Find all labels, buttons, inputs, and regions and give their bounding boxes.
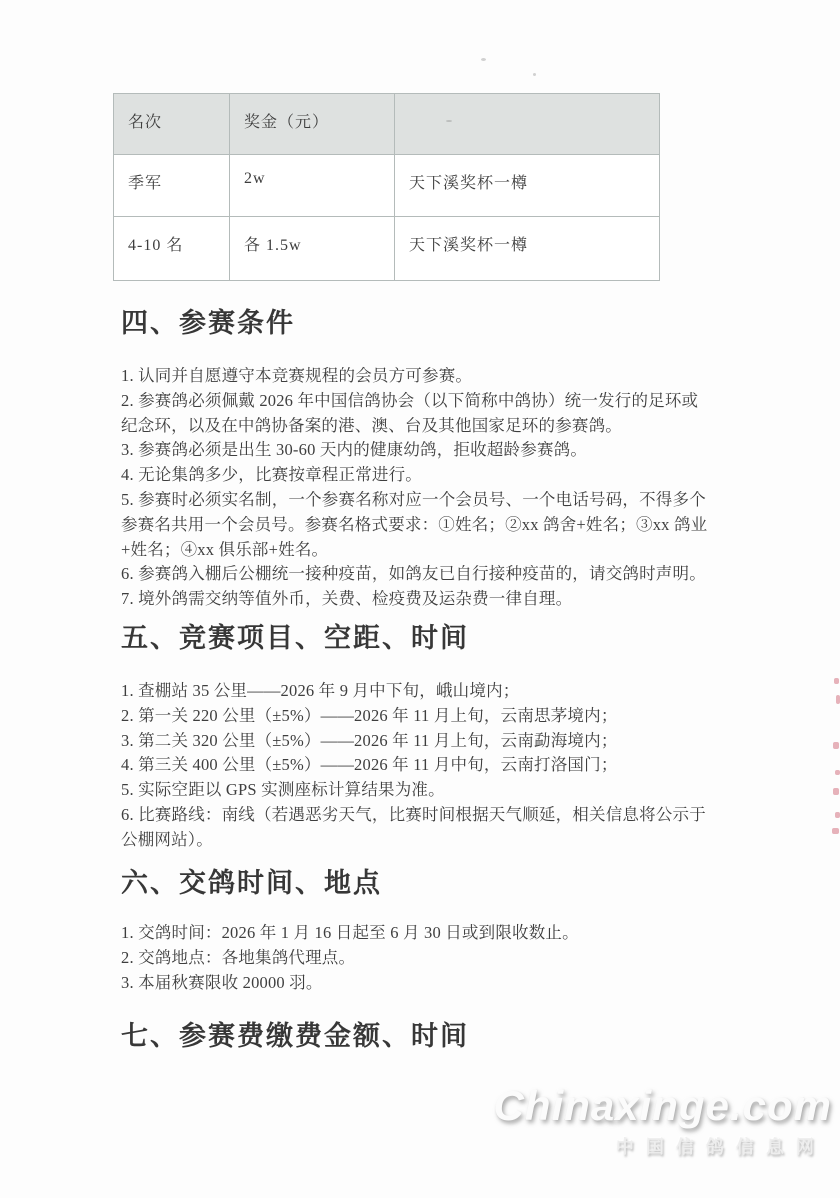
section-heading-race-stages: 五、竞赛项目、空距、时间 [121,616,469,655]
body-line: 公棚网站）。 [121,828,781,853]
watermark-subtitle-text: 中国信鸽信息网 [494,1133,832,1159]
body-line: 5. 参赛时必须实名制，一个参赛名称对应一个会员号、一个电话号码，不得多个 [121,488,781,513]
body-line: 6. 比赛路线：南线（若遇恶劣天气，比赛时间根据天气顺延，相关信息将公示于 [121,803,781,828]
red-stamp-edge-mark [836,695,840,704]
prize-table-header-row: 名次 奖金（元） [114,94,659,154]
section-heading-delivery-time-place: 六、交鸽时间、地点 [121,861,382,900]
body-line: 3. 参赛鸽必须是出生 30-60 天内的健康幼鸽，拒收超龄参赛鸽。 [121,438,781,463]
red-stamp-edge-mark [833,742,839,749]
watermark: Chinaxinge.com 中国信鸽信息网 [494,1082,832,1159]
body-line: 3. 第二关 320 公里（±5%）——2026 年 11 月上旬，云南勐海境内… [121,729,781,754]
body-line: 2. 第一关 220 公里（±5%）——2026 年 11 月上旬，云南思茅境内… [121,704,781,729]
body-line: 参赛名共用一个会员号。参赛名格式要求：①姓名；②xx 鸽舍+姓名；③xx 鸽业 [121,513,781,538]
section-heading-entry-conditions: 四、参赛条件 [121,301,295,340]
rank-cell: 4-10 名 [114,217,230,280]
body-line: 7. 境外鸽需交纳等值外币，关费、检疫费及运杂费一律自理。 [121,587,781,612]
watermark-brand-text: Chinaxinge.com [494,1082,832,1130]
body-line: 3. 本届秋赛限收 20000 羽。 [121,971,781,996]
body-line: 6. 参赛鸽入棚后公棚统一接种疫苗，如鸽友已自行接种疫苗的，请交鸽时声明。 [121,562,781,587]
body-line: 1. 交鸽时间：2026 年 1 月 16 日起至 6 月 30 日或到限收数止… [121,921,781,946]
award-cell: 天下溪奖杯一樽 [395,217,659,280]
section-body-delivery-time-place: 1. 交鸽时间：2026 年 1 月 16 日起至 6 月 30 日或到限收数止… [121,921,781,995]
body-line: 2. 交鸽地点：各地集鸽代理点。 [121,946,781,971]
red-stamp-edge-mark [833,788,839,795]
scan-speck [446,120,452,122]
red-stamp-edge-mark [835,770,840,775]
body-line: +姓名；④xx 俱乐部+姓名。 [121,538,781,563]
red-stamp-edge-mark [832,828,839,834]
section-heading-entry-fee: 七、参赛费缴费金额、时间 [121,1014,469,1053]
prize-cell: 2w [230,155,395,216]
body-line: 4. 无论集鸽多少，比赛按章程正常进行。 [121,463,781,488]
scan-speck [533,73,536,76]
red-stamp-edge-mark [834,678,839,684]
scan-speck [481,58,486,61]
red-stamp-edge-mark [835,812,840,818]
prize-table-header-rank: 名次 [114,94,230,154]
scanned-document-page: 名次 奖金（元） 季军 2w 天下溪奖杯一樽 4-10 名 各 1.5w 天下溪… [0,0,840,1198]
rank-cell: 季军 [114,155,230,216]
prize-table-row: 4-10 名 各 1.5w 天下溪奖杯一樽 [114,216,659,280]
body-line: 4. 第三关 400 公里（±5%）——2026 年 11 月中旬，云南打洛国门… [121,753,781,778]
body-line: 纪念环，以及在中鸽协备案的港、澳、台及其他国家足环的参赛鸽。 [121,414,781,439]
body-line: 2. 参赛鸽必须佩戴 2026 年中国信鸽协会（以下简称中鸽协）统一发行的足环或 [121,389,781,414]
scan-speck [144,445,147,448]
prize-table-row: 季军 2w 天下溪奖杯一樽 [114,154,659,216]
section-body-race-stages: 1. 查棚站 35 公里——2026 年 9 月中下旬，峨山境内； 2. 第一关… [121,679,781,853]
prize-table-header-award [395,94,659,154]
prize-table: 名次 奖金（元） 季军 2w 天下溪奖杯一樽 4-10 名 各 1.5w 天下溪… [113,93,660,281]
prize-table-header-prize: 奖金（元） [230,94,395,154]
prize-cell: 各 1.5w [230,217,395,280]
body-line: 1. 认同并自愿遵守本竞赛规程的会员方可参赛。 [121,364,781,389]
section-body-entry-conditions: 1. 认同并自愿遵守本竞赛规程的会员方可参赛。 2. 参赛鸽必须佩戴 2026 … [121,364,781,612]
award-cell: 天下溪奖杯一樽 [395,155,659,216]
body-line: 5. 实际空距以 GPS 实测座标计算结果为准。 [121,778,781,803]
body-line: 1. 查棚站 35 公里——2026 年 9 月中下旬，峨山境内； [121,679,781,704]
